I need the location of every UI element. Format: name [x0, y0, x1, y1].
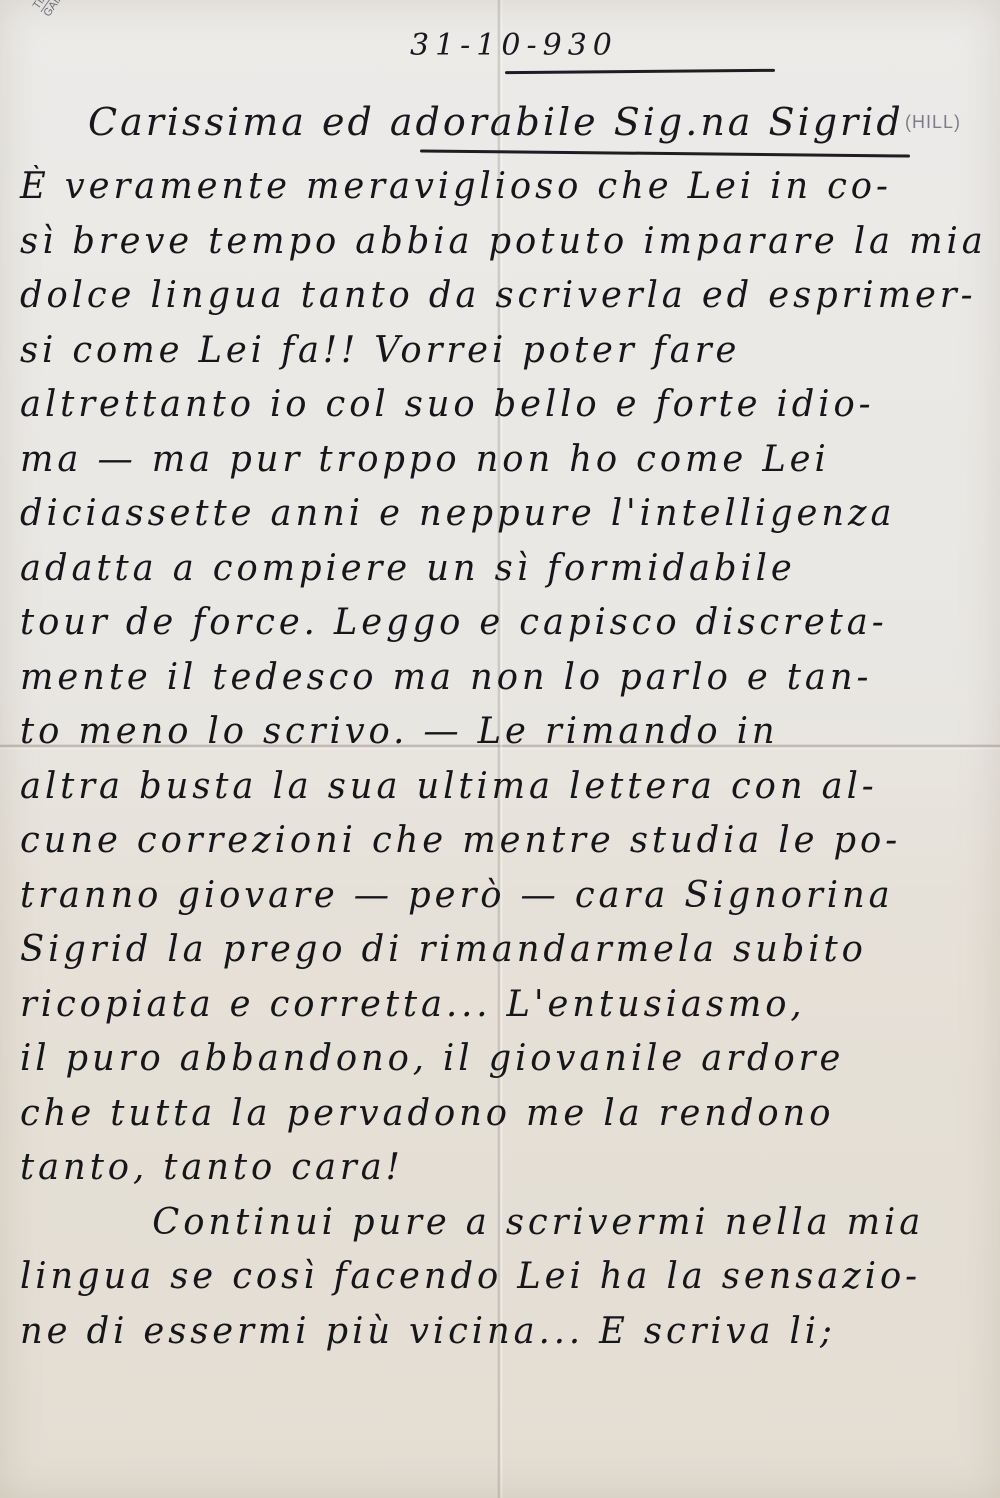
letter-line: to meno lo scrivo. — Le rimando in: [20, 705, 976, 760]
letter-line: mente il tedesco ma non lo parlo e tan-: [20, 651, 976, 706]
letter-body: È veramente meraviglioso che Lei in co- …: [20, 160, 995, 1359]
letter-line: ma — ma pur troppo non ho come Lei: [20, 433, 976, 488]
letter-line: altra busta la sua ultima lettera con al…: [20, 760, 976, 815]
letter-line: cune correzioni che mentre studia le po-: [20, 814, 976, 869]
letter-line: lingua se così facendo Lei ha la sensazi…: [20, 1250, 976, 1305]
letter-salutation: Carissima ed adorabile Sig.na Sigrid: [88, 100, 904, 144]
letter-line: È veramente meraviglioso che Lei in co-: [20, 160, 976, 215]
letter-line: che tutta la pervadono me la rendono: [20, 1087, 976, 1142]
salutation-underline: [420, 149, 910, 157]
letter-line: altrettanto io col suo bello e forte idi…: [20, 378, 976, 433]
letter-line: tranno giovare — però — cara Signorina: [20, 869, 976, 924]
letter-line: dolce lingua tanto da scriverla ed espri…: [20, 269, 976, 324]
letter-paper: TIA GAIA 3 31-10-930 Carissima ed adorab…: [0, 0, 1000, 1498]
letter-line: tour de force. Leggo e capisco discreta-: [20, 596, 976, 651]
letter-line: diciassette anni e neppure l'intelligenz…: [20, 487, 976, 542]
letter-line: ne di essermi più vicina... E scriva li;: [20, 1305, 976, 1360]
letter-line: Continui pure a scrivermi nella mia: [20, 1196, 976, 1251]
letter-line: sì breve tempo abbia potuto imparare la …: [20, 215, 976, 270]
letter-line: adatta a compiere un sì formidabile: [20, 542, 976, 597]
letter-line: si come Lei fa!! Vorrei poter fare: [20, 324, 976, 379]
salutation-annotation: (HILL): [905, 112, 961, 133]
archive-pencil-note: TIA GAIA 3: [4, 0, 44, 22]
letter-line: ricopiata e corretta... L'entusiasmo,: [20, 978, 976, 1033]
letter-line: Sigrid la prego di rimandarmela subito: [20, 923, 976, 978]
letter-date: 31-10-930: [410, 28, 618, 63]
date-underline: [505, 69, 775, 74]
letter-line: il puro abbandono, il giovanile ardore: [20, 1032, 976, 1087]
letter-line: tanto, tanto cara!: [20, 1141, 976, 1196]
